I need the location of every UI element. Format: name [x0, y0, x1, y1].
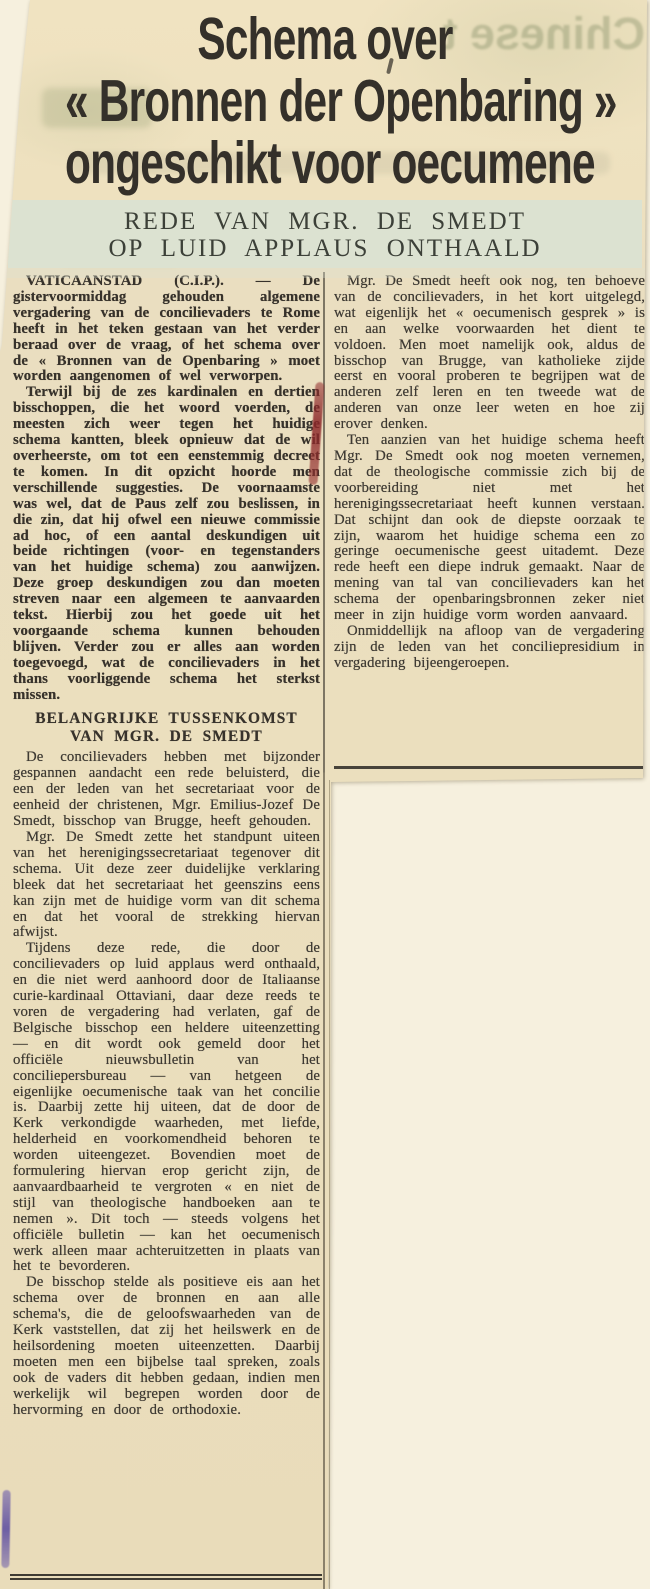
right-column: Mgr. De Smedt heeft ook nog, ten behoeve…: [334, 274, 645, 672]
right-column-end-rule: [334, 766, 644, 769]
subtitle-band: REDE VAN MGR. DE SMEDT OP LUID APPLAUS O…: [8, 200, 642, 268]
lead-paragraph: Terwijl bij de zes kardinalen en dertien…: [13, 385, 320, 703]
clipping-cut-edge: [329, 780, 330, 1589]
body-paragraph: Ten aanzien van het huidige schema heeft…: [334, 433, 645, 624]
newspaper-clipping: Chinese t Schema over « Bronnen der Open…: [0, 0, 650, 1589]
body-paragraph: Mgr. De Smedt heeft ook nog, ten behoeve…: [334, 274, 645, 433]
section-heading-line: VAN MGR. DE SMEDT: [13, 728, 320, 746]
lead-section: VATICAANSTAD (C.I.P.). — De gistervoormi…: [13, 274, 320, 703]
article-headline: Schema over « Bronnen der Openbaring » o…: [0, 10, 650, 196]
left-column: VATICAANSTAD (C.I.P.). — De gistervoormi…: [13, 274, 320, 1419]
body-paragraph: Mgr. De Smedt zette het standpunt uiteen…: [13, 830, 320, 941]
scan-tone: [0, 268, 650, 278]
subtitle-line: REDE VAN MGR. DE SMEDT: [8, 200, 642, 235]
purple-pen-mark: [1, 1490, 10, 1568]
column-divider-rule: [323, 272, 325, 1589]
lead-paragraph: VATICAANSTAD (C.I.P.). — De gistervoormi…: [13, 274, 320, 385]
body-paragraph: De bisschop stelde als positieve eis aan…: [13, 1275, 320, 1418]
headline-line: ongeschikt voor oecumene: [65, 130, 585, 199]
body-paragraph: Onmiddellijk na afloop van de vergaderin…: [334, 624, 645, 672]
body-paragraph: Tijdens deze rede, die door de conciliev…: [13, 941, 320, 1275]
body-paragraph: De concilievaders hebben met bijzonder g…: [13, 750, 320, 830]
subtitle-line: OP LUID APPLAUS ONTHAALD: [8, 235, 642, 262]
section-heading: BELANGRIJKE TUSSENKOMST VAN MGR. DE SMED…: [13, 710, 320, 745]
newsprint-paper: Chinese t Schema over « Bronnen der Open…: [0, 0, 650, 1589]
scanned-newspaper-clipping: { "colors": { "backing": "#f6f0de", "new…: [0, 0, 650, 1589]
headline-line: « Bronnen der Openbaring »: [65, 68, 585, 137]
left-column-end-rule: [10, 1574, 322, 1580]
section-heading-line: BELANGRIJKE TUSSENKOMST: [13, 710, 320, 728]
headline-line: Schema over: [65, 6, 585, 75]
